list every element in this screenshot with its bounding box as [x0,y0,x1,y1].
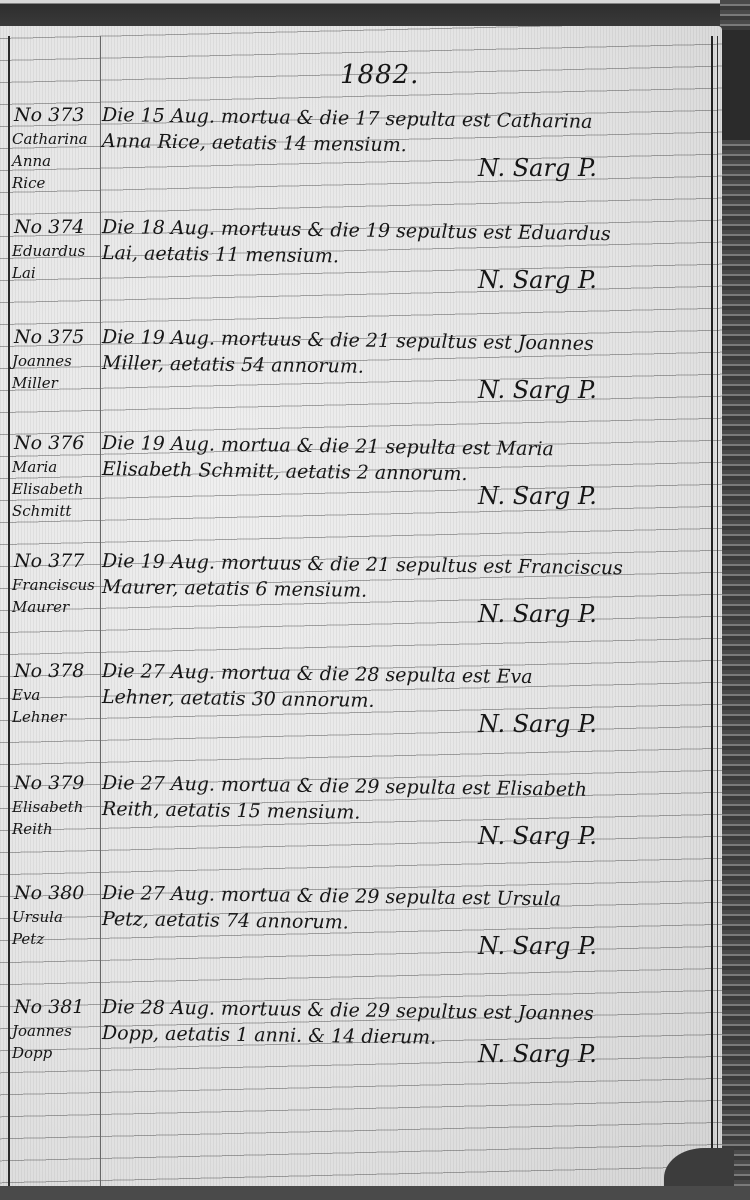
left-page-rule [8,36,10,1186]
register-page: 1882. No 373 Die 15 Aug. mortua & die 17… [0,26,722,1186]
margin-name: Eva Lehner [12,684,102,728]
entry-line-1: Die 27 Aug. mortua & die 28 sepulta est … [102,660,533,688]
priest-signature: N. Sarg P. [478,266,597,294]
margin-name-part: Schmitt [12,500,102,522]
margin-name: Catharina Anna Rice [12,128,102,194]
margin-name-part: Anna [12,150,102,172]
entry-line-2: Dopp, aetatis 1 anni. & 14 dierum. [102,1022,437,1049]
priest-signature: N. Sarg P. [478,482,597,510]
entry-number: No 376 [14,432,84,454]
margin-name-part: Elisabeth [12,796,102,818]
margin-name-part: Franciscus [12,574,102,596]
margin-name: Joannes Dopp [12,1020,102,1064]
entry-line-1: Die 19 Aug. mortua & die 21 sepulta est … [102,432,554,460]
year-header: 1882. [340,60,419,90]
margin-name-part: Eduardus [12,240,102,262]
entry-line-2: Anna Rice, aetatis 14 mensium. [102,130,407,156]
margin-name-part: Reith [12,818,102,840]
priest-signature: N. Sarg P. [478,822,597,850]
entry-line-1: Die 19 Aug. mortuus & die 21 sepultus es… [102,550,623,579]
entry-line-1: Die 28 Aug. mortuus & die 29 sepultus es… [102,996,594,1025]
margin-name-part: Catharina [12,128,102,150]
entry-line-1: Die 19 Aug. mortuus & die 21 sepultus es… [102,326,594,355]
priest-signature: N. Sarg P. [478,932,597,960]
entry-line-2: Elisabeth Schmitt, aetatis 2 annorum. [102,458,468,485]
margin-name: Joannes Miller [12,350,102,394]
priest-signature: N. Sarg P. [478,600,597,628]
right-page-rule-inner [717,36,718,1186]
priest-signature: N. Sarg P. [478,1040,597,1068]
entry-number: No 373 [14,104,84,126]
margin-name-part: Lehner [12,706,102,728]
entry-line-1: Die 15 Aug. mortua & die 17 sepulta est … [102,104,593,133]
margin-name-part: Joannes [12,1020,102,1042]
entry-line-1: Die 27 Aug. mortua & die 29 sepulta est … [102,882,561,910]
margin-name: Eduardus Lai [12,240,102,284]
priest-signature: N. Sarg P. [478,154,597,182]
margin-name-part: Rice [12,172,102,194]
margin-name-part: Joannes [12,350,102,372]
entry-line-2: Lehner, aetatis 30 annorum. [102,686,375,712]
margin-name-part: Dopp [12,1042,102,1064]
margin-name-part: Lai [12,262,102,284]
entry-number: No 380 [14,882,84,904]
margin-name-part: Ursula [12,906,102,928]
margin-name-part: Petz [12,928,102,950]
margin-name: Franciscus Maurer [12,574,102,618]
entry-line-2: Lai, aetatis 11 mensium. [102,242,339,267]
entry-number: No 381 [14,996,84,1018]
margin-name-part: Eva [12,684,102,706]
entry-number: No 377 [14,550,84,572]
margin-name-part: Maria [12,456,102,478]
entry-number: No 375 [14,326,84,348]
margin-name: Maria Elisabeth Schmitt [12,456,102,522]
margin-name-part: Maurer [12,596,102,618]
entry-number: No 378 [14,660,84,682]
priest-signature: N. Sarg P. [478,710,597,738]
entry-line-1: Die 18 Aug. mortuus & die 19 sepultus es… [102,216,611,245]
margin-name: Ursula Petz [12,906,102,950]
entry-number: No 379 [14,772,84,794]
scan-bottom-border [0,1186,750,1200]
priest-signature: N. Sarg P. [478,376,597,404]
entry-line-2: Petz, aetatis 74 annorum. [102,908,349,933]
scan-right-border [720,0,750,1200]
right-page-rule [711,36,713,1186]
entry-number: No 374 [14,216,84,238]
entry-line-2: Maurer, aetatis 6 mensium. [102,576,367,602]
entry-line-2: Miller, aetatis 54 annorum. [102,352,364,378]
entry-line-1: Die 27 Aug. mortua & die 29 sepulta est … [102,772,587,801]
margin-name-part: Elisabeth [12,478,102,500]
margin-name: Elisabeth Reith [12,796,102,840]
entry-line-2: Reith, aetatis 15 mensium. [102,798,361,824]
margin-name-part: Miller [12,372,102,394]
